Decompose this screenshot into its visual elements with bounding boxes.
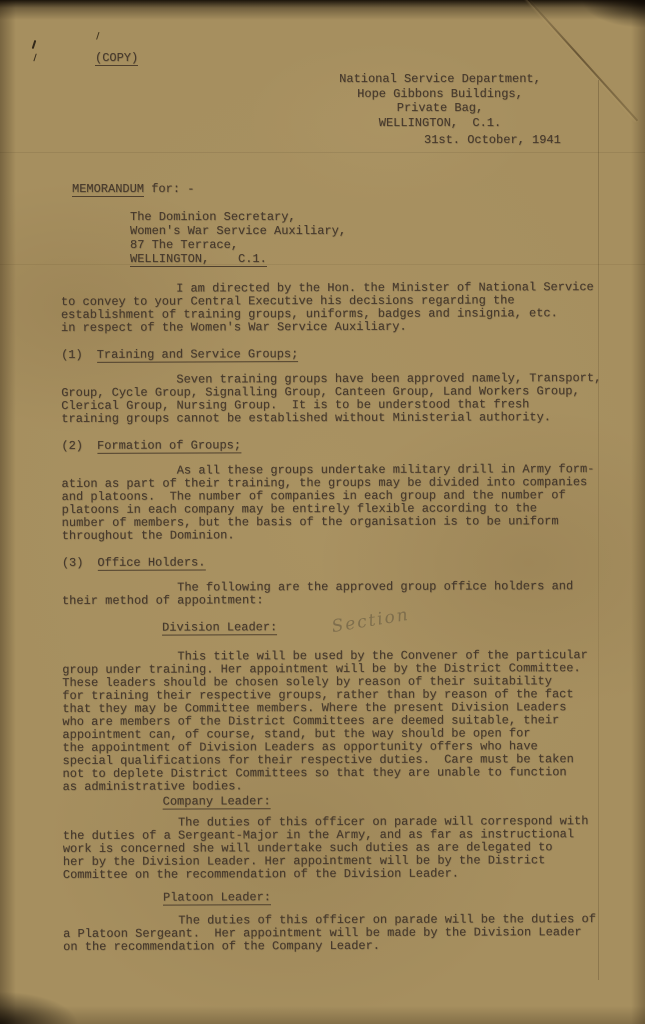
section-2-heading: (2)Formation of Groups; — [61, 438, 606, 453]
section-1-heading: (1)Training and Service Groups; — [61, 347, 606, 362]
memo-label: MEMORANDUM — [72, 182, 144, 197]
memo-body: I am directed by the Hon. the Minister o… — [61, 281, 608, 954]
pencil-annotation: Section — [331, 609, 411, 634]
memo-heading: MEMORANDUM for: - — [72, 183, 194, 196]
division-leader-heading: Division Leader:Section — [162, 618, 607, 635]
section-1-title: Training and Service Groups; — [97, 347, 299, 363]
memo-for-text: for: - — [144, 182, 194, 196]
section-1-body: Seven training groups have been approved… — [61, 372, 606, 426]
text-line: Hope Gibbons Buildings, — [322, 87, 558, 102]
division-leader-body: This title will be used by the Convener … — [62, 649, 607, 794]
section-1-number: (1) — [61, 348, 83, 362]
company-leader-body: The duties of this officer on parade wil… — [63, 815, 608, 882]
sender-address-block: National Service Department,Hope Gibbons… — [322, 72, 558, 130]
section-2-number: (2) — [61, 439, 83, 453]
platoon-leader-body: The duties of this officer on parade wil… — [63, 913, 608, 954]
text-line: on the recommendation of the Company Lea… — [63, 939, 608, 954]
date-line: 31st. October, 1941 — [424, 134, 561, 147]
horizontal-crease — [0, 152, 645, 153]
company-leader-heading: Company Leader: — [163, 794, 608, 809]
section-2-body: As all these groups undertake military d… — [61, 463, 606, 543]
division-leader-title: Division Leader: — [162, 620, 277, 635]
section-3-number: (3) — [62, 556, 84, 570]
section-2-title: Formation of Groups; — [97, 438, 241, 454]
text-line: National Service Department, — [322, 72, 558, 87]
text-line: Committee on the recommendation of the D… — [63, 867, 608, 882]
section-3-heading: (3)Office Holders. — [62, 555, 607, 570]
recipient-city: WELLINGTON, C.1. — [130, 252, 267, 267]
intro-paragraph: I am directed by the Hon. the Minister o… — [61, 281, 606, 335]
platoon-leader-heading: Platoon Leader: — [163, 890, 608, 905]
recipient-lines: The Dominion Secretary,Women's War Servi… — [130, 210, 346, 252]
section-3-body: The following are the approved group off… — [62, 580, 607, 608]
text-line: The Dominion Secretary, — [130, 210, 346, 224]
recipient-address-block: The Dominion Secretary,Women's War Servi… — [130, 210, 346, 267]
text-line: training groups cannot be established wi… — [61, 411, 606, 426]
copy-label: (COPY) — [95, 52, 138, 65]
scanned-memo-page: (COPY) National Service Department,Hope … — [0, 0, 645, 1024]
text-line: throughout the Dominion. — [62, 528, 607, 543]
text-line: 87 The Terrace, — [130, 238, 346, 252]
platoon-leader-title: Platoon Leader: — [163, 890, 271, 905]
company-leader-title: Company Leader: — [163, 794, 271, 809]
text-line: in respect of the Women's War Service Au… — [61, 320, 606, 335]
text-line: as administrative bodies. — [63, 779, 608, 794]
section-3-title: Office Holders. — [97, 555, 205, 570]
text-line: WELLINGTON, C.1. — [322, 116, 558, 131]
text-line: Women's War Service Auxiliary, — [130, 224, 346, 238]
text-line: their method of appointment: — [62, 593, 607, 608]
copy-label-text: (COPY) — [95, 51, 138, 66]
text-line: Private Bag, — [322, 101, 558, 116]
